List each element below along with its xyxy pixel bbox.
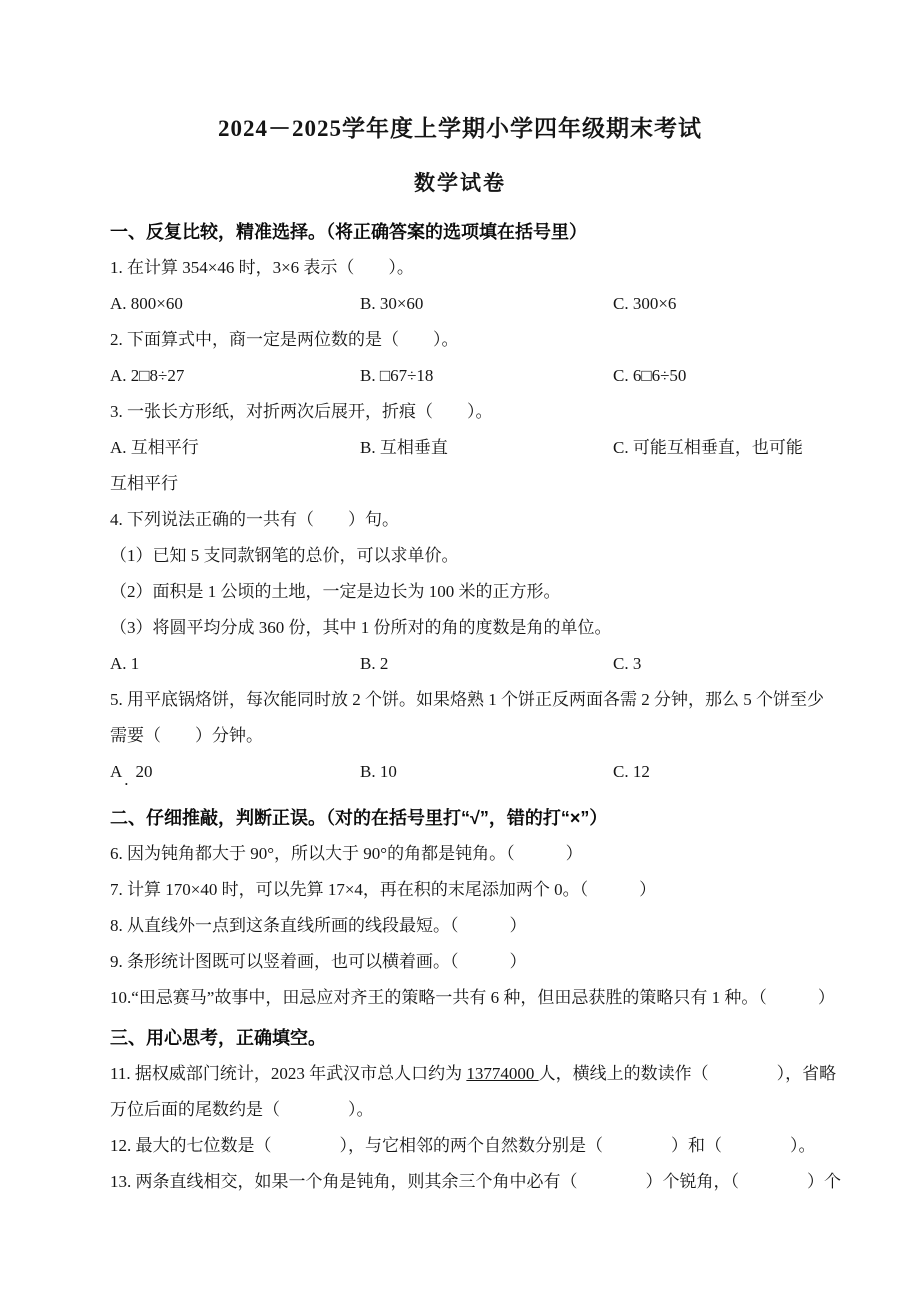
question-2-option-a: A. 2□8÷27 bbox=[110, 358, 184, 394]
question-5: 5. 用平底锅烙饼，每次能同时放 2 个饼。如果烙熟 1 个饼正反两面各需 2 … bbox=[110, 682, 810, 718]
question-2: 2. 下面算式中，商一定是两位数的是（ ）。 bbox=[110, 322, 810, 358]
option-a-letter: A bbox=[110, 762, 122, 781]
question-2-options: A. 2□8÷27 B. □67÷18 C. 6□6÷50 bbox=[110, 358, 810, 394]
question-8: 8. 从直线外一点到这条直线所画的线段最短。（ ） bbox=[110, 908, 810, 944]
section-3-heading: 三、用心思考，正确填空。 bbox=[110, 1020, 810, 1056]
question-2-option-c: C. 6□6÷50 bbox=[613, 358, 686, 394]
question-1: 1. 在计算 354×46 时，3×6 表示（ ）。 bbox=[110, 250, 810, 286]
question-5-continued: 需要（ ）分钟。 bbox=[110, 718, 810, 754]
question-13: 13. 两条直线相交，如果一个角是钝角，则其余三个角中必有（ ）个锐角，（ ）个 bbox=[110, 1164, 810, 1200]
question-3-options: A. 互相平行 B. 互相垂直 C. 可能互相垂直，也可能 bbox=[110, 430, 810, 466]
question-3-option-a: A. 互相平行 bbox=[110, 430, 199, 466]
exam-title: 2024－2025学年度上学期小学四年级期末考试 bbox=[0, 0, 920, 146]
question-4-statement-3: （3）将圆平均分成 360 份，其中 1 份所对的角的度数是角的单位。 bbox=[110, 610, 810, 646]
question-1-option-b: B. 30×60 bbox=[360, 286, 423, 322]
question-4-option-a: A. 1 bbox=[110, 646, 139, 682]
question-11-underlined-number: 13774000 bbox=[466, 1064, 538, 1083]
question-6: 6. 因为钝角都大于 90°，所以大于 90°的角都是钝角。（ ） bbox=[110, 836, 810, 872]
question-4-option-b: B. 2 bbox=[360, 646, 388, 682]
section-1-heading: 一、反复比较，精准选择。（将正确答案的选项填在括号里） bbox=[110, 214, 810, 250]
question-3-option-b: B. 互相垂直 bbox=[360, 430, 448, 466]
question-4: 4. 下列说法正确的一共有（ ）句。 bbox=[110, 502, 810, 538]
question-1-option-a: A. 800×60 bbox=[110, 286, 183, 322]
exam-paper-page: 2024－2025学年度上学期小学四年级期末考试 数学试卷 一、反复比较，精准选… bbox=[0, 0, 920, 1302]
question-4-statement-1: （1）已知 5 支同款钢笔的总价，可以求单价。 bbox=[110, 538, 810, 574]
question-2-option-b: B. □67÷18 bbox=[360, 358, 433, 394]
question-5-option-a: A.20 bbox=[110, 754, 153, 790]
question-4-options: A. 1 B. 2 C. 3 bbox=[110, 646, 810, 682]
question-1-options: A. 800×60 B. 30×60 C. 300×6 bbox=[110, 286, 810, 322]
question-7: 7. 计算 170×40 时，可以先算 17×4，再在积的末尾添加两个 0。（ … bbox=[110, 872, 810, 908]
question-3-option-c-wrap: 互相平行 bbox=[110, 466, 810, 502]
question-4-statement-2: （2）面积是 1 公顷的土地，一定是边长为 100 米的正方形。 bbox=[110, 574, 810, 610]
question-3-option-c: C. 可能互相垂直，也可能 bbox=[613, 430, 803, 466]
option-a-displaced-period: . bbox=[124, 762, 128, 798]
question-4-option-c: C. 3 bbox=[613, 646, 641, 682]
question-1-option-c: C. 300×6 bbox=[613, 286, 676, 322]
question-11-text-after: 人，横线上的数读作（ ），省略 bbox=[539, 1064, 837, 1083]
question-3: 3. 一张长方形纸，对折两次后展开，折痕（ ）。 bbox=[110, 394, 810, 430]
question-5-option-b: B. 10 bbox=[360, 754, 397, 790]
question-5-options: A.20 B. 10 C. 12 bbox=[110, 754, 810, 790]
section-2-heading: 二、仔细推敲，判断正误。（对的在括号里打“√”，错的打“×”） bbox=[110, 800, 810, 836]
question-12: 12. 最大的七位数是（ ），与它相邻的两个自然数分别是（ ）和（ ）。 bbox=[110, 1128, 810, 1164]
question-11: 11. 据权威部门统计，2023 年武汉市总人口约为 13774000 人，横线… bbox=[110, 1056, 810, 1092]
question-11-continued: 万位后面的尾数约是（ ）。 bbox=[110, 1092, 810, 1128]
option-a-value: 20 bbox=[136, 762, 153, 781]
question-11-text-before: 11. 据权威部门统计，2023 年武汉市总人口约为 bbox=[110, 1064, 466, 1083]
exam-body: 一、反复比较，精准选择。（将正确答案的选项填在括号里） 1. 在计算 354×4… bbox=[0, 214, 920, 1200]
question-5-option-c: C. 12 bbox=[613, 754, 650, 790]
question-10: 10.“田忌赛马”故事中，田忌应对齐王的策略一共有 6 种，但田忌获胜的策略只有… bbox=[110, 980, 810, 1016]
exam-subtitle: 数学试卷 bbox=[0, 166, 920, 200]
question-9: 9. 条形统计图既可以竖着画，也可以横着画。（ ） bbox=[110, 944, 810, 980]
